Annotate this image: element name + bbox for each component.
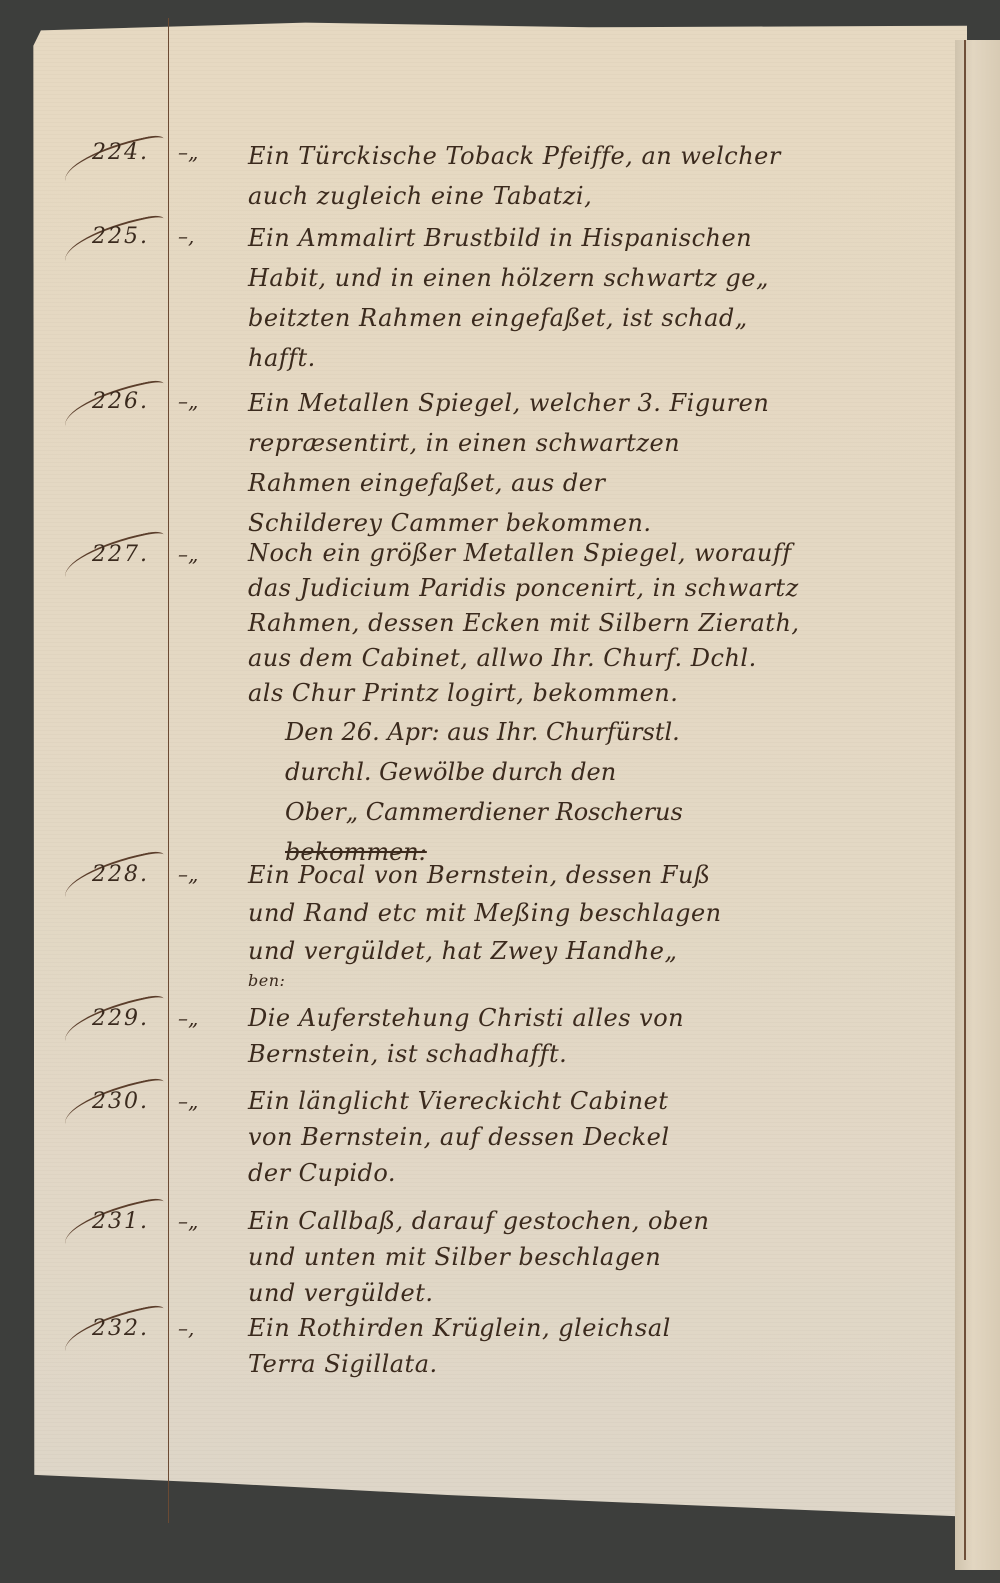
entry-dash: –, <box>178 1316 194 1340</box>
entry-number: 227. <box>92 542 149 567</box>
note-line: Ober„ Cammerdiener Roscherus <box>285 792 950 832</box>
entry-line: und unten mit Silber beschlagen <box>248 1239 953 1275</box>
entry-number: 230. <box>92 1089 149 1114</box>
entry-dash: –„ <box>178 542 198 566</box>
entry-line: Terra Sigillata. <box>248 1346 953 1382</box>
entry-line: Ein Pocal von Bernstein, dessen Fuß <box>248 856 953 894</box>
entry-text: Ein Türckische Toback Pfeiffe, an welche… <box>248 136 953 216</box>
entry-number: 232. <box>92 1316 149 1341</box>
entry-line: das Judicium Paridis poncenirt, in schwa… <box>248 571 953 606</box>
note-line: Den 26. Apr: aus Ihr. Churfürstl. <box>285 712 950 752</box>
entry-dash: –„ <box>178 1006 198 1030</box>
entry-text: Ein Metallen Spiegel, welcher 3. Figuren… <box>248 383 953 543</box>
entry-line: hafft. <box>248 338 953 378</box>
entry-line: Rahmen eingefaßet, aus der <box>248 463 953 503</box>
entry-line: Rahmen, dessen Ecken mit Silbern Zierath… <box>248 606 953 641</box>
entry-line: Noch ein größer Metallen Spiegel, worauf… <box>248 536 953 571</box>
entry-line: beitzten Rahmen eingefaßet, ist schad„ <box>248 298 953 338</box>
entry-line: Ein Metallen Spiegel, welcher 3. Figuren <box>248 383 953 423</box>
entry-line: der Cupido. <box>248 1155 953 1191</box>
binding-fold-line <box>964 40 966 1560</box>
entry-dash: –„ <box>178 389 198 413</box>
entry-number: 228. <box>92 862 149 887</box>
entry-line: Ein Rothirden Krüglein, gleichsal <box>248 1310 953 1346</box>
entry-line: Ein Ammalirt Brustbild in Hispanischen <box>248 218 953 258</box>
entry-line: ben: <box>248 970 953 992</box>
entry-line: und Rand etc mit Meßing beschlagen <box>248 894 953 932</box>
note-line: durchl. Gewölbe durch den <box>285 752 950 792</box>
entry-line: repræsentirt, in einen schwartzen <box>248 423 953 463</box>
entry-number: 231. <box>92 1209 149 1234</box>
entry-line: Ein Türckische Toback Pfeiffe, an welche… <box>248 136 953 176</box>
entry-line: von Bernstein, auf dessen Deckel <box>248 1119 953 1155</box>
entry-text: Ein Rothirden Krüglein, gleichsal Terra … <box>248 1310 953 1382</box>
entry-text: Noch ein größer Metallen Spiegel, worauf… <box>248 536 953 711</box>
entry-line: Die Auferstehung Christi alles von <box>248 1000 953 1036</box>
entry-number: 226. <box>92 389 149 414</box>
entry-number: 229. <box>92 1006 149 1031</box>
entry-number: 225. <box>92 224 149 249</box>
entry-text: Ein Callbaß, darauf gestochen, oben und … <box>248 1203 953 1311</box>
entry-text: Ein Pocal von Bernstein, dessen Fuß und … <box>248 856 953 992</box>
entry-line: Ein länglicht Viereckicht Cabinet <box>248 1083 953 1119</box>
entry-line: Bernstein, ist schadhafft. <box>248 1036 953 1072</box>
entry-line: und vergüldet, hat Zwey Handhe„ <box>248 932 953 970</box>
entry-dash: –„ <box>178 1209 198 1233</box>
binding-gutter <box>955 40 1000 1570</box>
entry-text: Die Auferstehung Christi alles von Berns… <box>248 1000 953 1072</box>
entry-text: Ein Ammalirt Brustbild in Hispanischen H… <box>248 218 953 378</box>
entry-line: Ein Callbaß, darauf gestochen, oben <box>248 1203 953 1239</box>
entry-dash: –„ <box>178 1089 198 1113</box>
entry-line: Habit, und in einen hölzern schwartz ge„ <box>248 258 953 298</box>
entry-line: und vergüldet. <box>248 1275 953 1311</box>
entry-line: auch zugleich eine Tabatzi, <box>248 176 953 216</box>
entry-number: 224. <box>92 140 149 165</box>
receipt-note: Den 26. Apr: aus Ihr. Churfürstl. durchl… <box>285 712 950 872</box>
entry-line: aus dem Cabinet, allwo Ihr. Churf. Dchl. <box>248 641 953 676</box>
entry-dash: –, <box>178 224 194 248</box>
entry-dash: –„ <box>178 862 198 886</box>
entry-line: als Chur Printz logirt, bekommen. <box>248 676 953 711</box>
entry-text: Ein länglicht Viereckicht Cabinet von Be… <box>248 1083 953 1191</box>
entry-dash: –„ <box>178 140 198 164</box>
